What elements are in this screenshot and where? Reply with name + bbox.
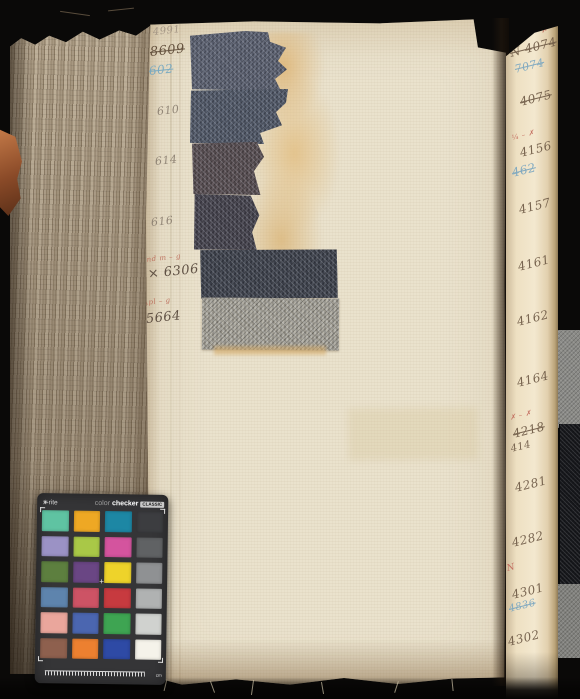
colorchecker-header: ✳ x-rite colorchecker CLASSIC bbox=[43, 496, 164, 511]
colorchecker-patch-red bbox=[104, 588, 131, 609]
handwritten-number: 4075 bbox=[518, 87, 553, 108]
colorchecker-patch-light-skin bbox=[40, 612, 67, 633]
page-crease bbox=[179, 18, 181, 686]
colorchecker-patch-purple bbox=[73, 562, 100, 583]
handwritten-number: N 4074 bbox=[508, 35, 558, 60]
colorchecker-patch-blue bbox=[103, 639, 130, 660]
handwritten-number: 602 bbox=[148, 61, 174, 77]
sample-book-page: 4991 8609 602 610 614 616 ind m – g × 63… bbox=[146, 18, 506, 686]
fabric-swatch-616 bbox=[194, 194, 260, 250]
archival-photo: 4991 8609 602 610 614 616 ind m – g × 63… bbox=[0, 0, 580, 699]
edge-fabric-black bbox=[559, 424, 580, 587]
colorchecker-title-checker: checker bbox=[112, 500, 139, 507]
fabric-swatch-6306 bbox=[200, 249, 338, 300]
handwritten-mark: ✗ bbox=[515, 26, 524, 36]
xrite-brand: ✳ x-rite bbox=[43, 499, 48, 506]
colorchecker-patch-cyan bbox=[105, 511, 132, 532]
registration-cross-icon: + bbox=[99, 578, 104, 586]
registration-mark bbox=[160, 509, 165, 514]
adjacent-page-edge: ✗ ✗ N 4074 7074 4075 ¼ – ✗ 4156 462 4157… bbox=[506, 26, 558, 699]
colorchecker-patch-magenta bbox=[104, 537, 131, 558]
handwritten-number: 4991 bbox=[152, 24, 180, 38]
colorchecker-patch-green bbox=[103, 613, 130, 634]
handwritten-number: 614 bbox=[154, 153, 178, 168]
registration-mark bbox=[38, 656, 43, 661]
colorchecker-patch-white bbox=[135, 639, 162, 660]
handwritten-number: 4161 bbox=[516, 252, 551, 273]
colorchecker-patch-orange-yellow bbox=[73, 511, 100, 532]
page-crease bbox=[170, 18, 172, 686]
colorchecker-patch-purplish-blue bbox=[72, 613, 99, 634]
handwritten-number: 4162 bbox=[515, 307, 550, 328]
handwritten-number: 4218 bbox=[511, 419, 546, 440]
colorchecker-patch-orange bbox=[72, 638, 99, 659]
colorchecker-patch-bluish-green bbox=[42, 510, 69, 531]
classic-badge: CLASSIC bbox=[140, 501, 164, 507]
colorchecker-title: colorchecker CLASSIC bbox=[95, 500, 165, 508]
colorchecker-patch-black bbox=[136, 511, 163, 532]
colorchecker-patch-neutral-8 bbox=[135, 613, 162, 634]
fabric-swatch-5664 bbox=[202, 298, 339, 351]
handwritten-number: 4282 bbox=[510, 528, 545, 549]
ruler-scale bbox=[45, 670, 145, 676]
handwritten-number: 5664 bbox=[145, 308, 181, 327]
colorchecker-patch-dark-skin bbox=[40, 638, 67, 659]
colorchecker-patch-moderate-red bbox=[72, 587, 99, 608]
colorchecker-patch-yellow-green bbox=[73, 536, 100, 557]
handwritten-mark: ✗ bbox=[540, 24, 549, 34]
adhesive-stain bbox=[214, 346, 326, 355]
registration-mark bbox=[158, 658, 163, 663]
handwritten-number: 462 bbox=[510, 160, 537, 179]
registration-mark bbox=[40, 507, 45, 512]
colorchecker-title-color: color bbox=[95, 500, 110, 507]
paper-fiber bbox=[108, 8, 134, 12]
handwritten-mark: N bbox=[506, 562, 517, 574]
edge-fabric-grey-lower bbox=[556, 584, 580, 658]
handwritten-annotation: ind m – g bbox=[144, 252, 182, 264]
colorchecker-patch-foliage bbox=[41, 561, 68, 582]
offset-stain bbox=[348, 407, 478, 460]
colorchecker-patch-blue-flower bbox=[41, 536, 68, 557]
colorchecker-patch-blue-sky bbox=[41, 587, 68, 608]
xrite-brand-text: x-rite bbox=[43, 499, 58, 506]
handwritten-number: 414 bbox=[510, 439, 533, 455]
handwritten-number: 4836 bbox=[508, 598, 537, 615]
handwritten-number: × 6306 bbox=[147, 262, 199, 282]
handwritten-number: 4156 bbox=[518, 138, 553, 159]
fabric-swatch-614 bbox=[192, 142, 264, 195]
handwritten-annotation: ✗ – ✗ bbox=[509, 409, 532, 422]
handwritten-number: 4302 bbox=[506, 627, 541, 648]
colorchecker-patch-neutral-6-5 bbox=[135, 588, 162, 609]
colorchecker-patch-yellow bbox=[104, 562, 131, 583]
edge-fabric-grey-upper bbox=[556, 330, 580, 428]
handwritten-number: 616 bbox=[150, 214, 174, 229]
handwritten-number: 4157 bbox=[517, 195, 552, 216]
handwritten-number: 610 bbox=[156, 103, 180, 118]
colorchecker-card: ✳ x-rite colorchecker CLASSIC bbox=[35, 493, 169, 685]
colorchecker-patch-neutral-3-5 bbox=[136, 537, 163, 558]
handwritten-number: 4281 bbox=[513, 473, 548, 494]
ruler-unit-label: cm bbox=[156, 673, 162, 678]
handwritten-number: 7074 bbox=[513, 56, 545, 76]
handwritten-annotation: Apl – g bbox=[143, 296, 171, 307]
colorchecker-patch-neutral-5 bbox=[136, 562, 163, 583]
handwritten-number: 4164 bbox=[515, 368, 550, 389]
paper-fiber bbox=[60, 11, 90, 16]
handwritten-annotation: ¼ – ✗ bbox=[511, 129, 535, 142]
